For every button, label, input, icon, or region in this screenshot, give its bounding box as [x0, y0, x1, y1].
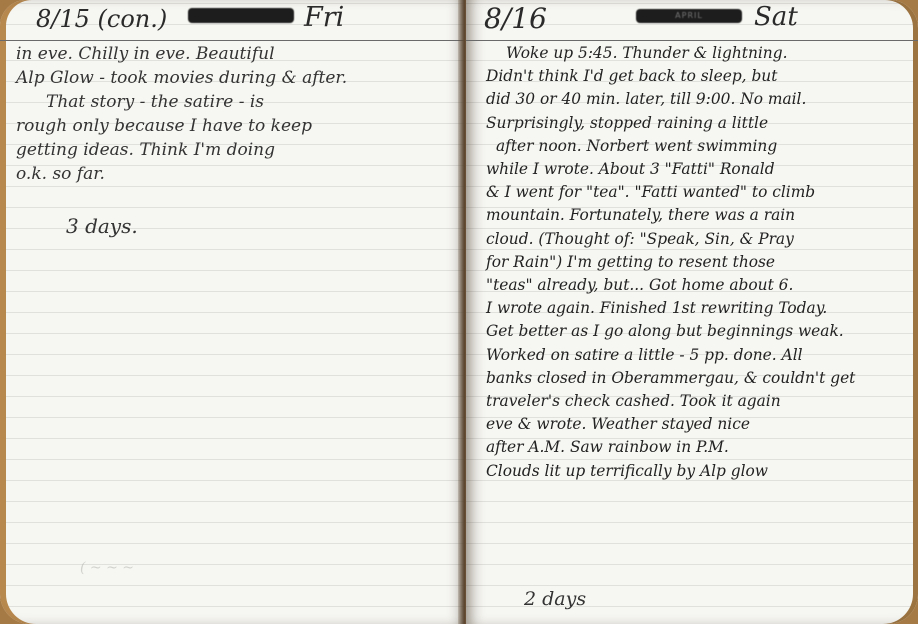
- text-line: Alp Glow - took movies during & after.: [16, 66, 456, 90]
- text-line: after A.M. Saw rainbow in P.M.: [486, 436, 904, 459]
- text-line: Didn't think I'd get back to sleep, but: [486, 65, 904, 88]
- text-line: after noon. Norbert went swimming: [486, 135, 904, 158]
- diary-spread: 8/15 (con.) Fri in eve. Chilly in eve. B…: [0, 0, 918, 624]
- text-line: "teas" already, but... Got home about 6.: [486, 274, 904, 297]
- text-line: traveler's check cashed. Took it again: [486, 390, 904, 413]
- text-line: getting ideas. Think I'm doing: [16, 138, 456, 162]
- text-line: rough only because I have to keep: [16, 114, 456, 138]
- text-line: Get better as I go along but beginnings …: [486, 320, 904, 343]
- text-line: & I went for "tea". "Fatti wanted" to cl…: [486, 181, 904, 204]
- left-page-header: 8/15 (con.) Fri: [0, 0, 466, 40]
- header-rule: [466, 40, 918, 41]
- text-line: in eve. Chilly in eve. Beautiful: [16, 42, 456, 66]
- entry-date: 8/15 (con.): [36, 5, 167, 33]
- text-line: mountain. Fortunately, there was a rain: [486, 204, 904, 227]
- entry-date: 8/16: [484, 2, 547, 35]
- text-line: eve & wrote. Weather stayed nice: [486, 413, 904, 436]
- entry-day: Fri: [304, 2, 344, 33]
- text-line: Woke up 5:45. Thunder & lightning.: [486, 42, 904, 65]
- right-page: 8/16 APRIL Sat Woke up 5:45. Thunder & l…: [466, 0, 918, 624]
- entry-text: Woke up 5:45. Thunder & lightning. Didn'…: [466, 42, 918, 483]
- left-page: 8/15 (con.) Fri in eve. Chilly in eve. B…: [0, 0, 466, 624]
- text-line: for Rain") I'm getting to resent those: [486, 251, 904, 274]
- text-line: cloud. (Thought of: "Speak, Sin, & Pray: [486, 228, 904, 251]
- entry-day: Sat: [754, 2, 798, 32]
- redacted-label: APRIL: [636, 9, 742, 23]
- entry-text: in eve. Chilly in eve. Beautiful Alp Glo…: [0, 42, 466, 186]
- right-page-header: 8/16 APRIL Sat: [466, 0, 918, 40]
- text-line: Worked on satire a little - 5 pp. done. …: [486, 344, 904, 367]
- text-line: Clouds lit up terrifically by Alp glow: [486, 460, 904, 483]
- redacted-label: [188, 8, 294, 23]
- bleed-through-marks: ( ~ ~ ~: [80, 560, 134, 576]
- text-line: did 30 or 40 min. later, till 9:00. No m…: [486, 88, 904, 111]
- header-rule: [0, 40, 466, 41]
- text-line: o.k. so far.: [16, 162, 456, 186]
- text-line: banks closed in Oberammergau, & couldn't…: [486, 367, 904, 390]
- text-line: while I wrote. About 3 "Fatti" Ronald: [486, 158, 904, 181]
- text-line: Surprisingly, stopped raining a little: [486, 112, 904, 135]
- days-tally: 3 days.: [66, 214, 138, 238]
- text-line: I wrote again. Finished 1st rewriting To…: [486, 297, 904, 320]
- text-line: That story - the satire - is: [16, 90, 456, 114]
- days-tally: 2 days: [524, 588, 586, 610]
